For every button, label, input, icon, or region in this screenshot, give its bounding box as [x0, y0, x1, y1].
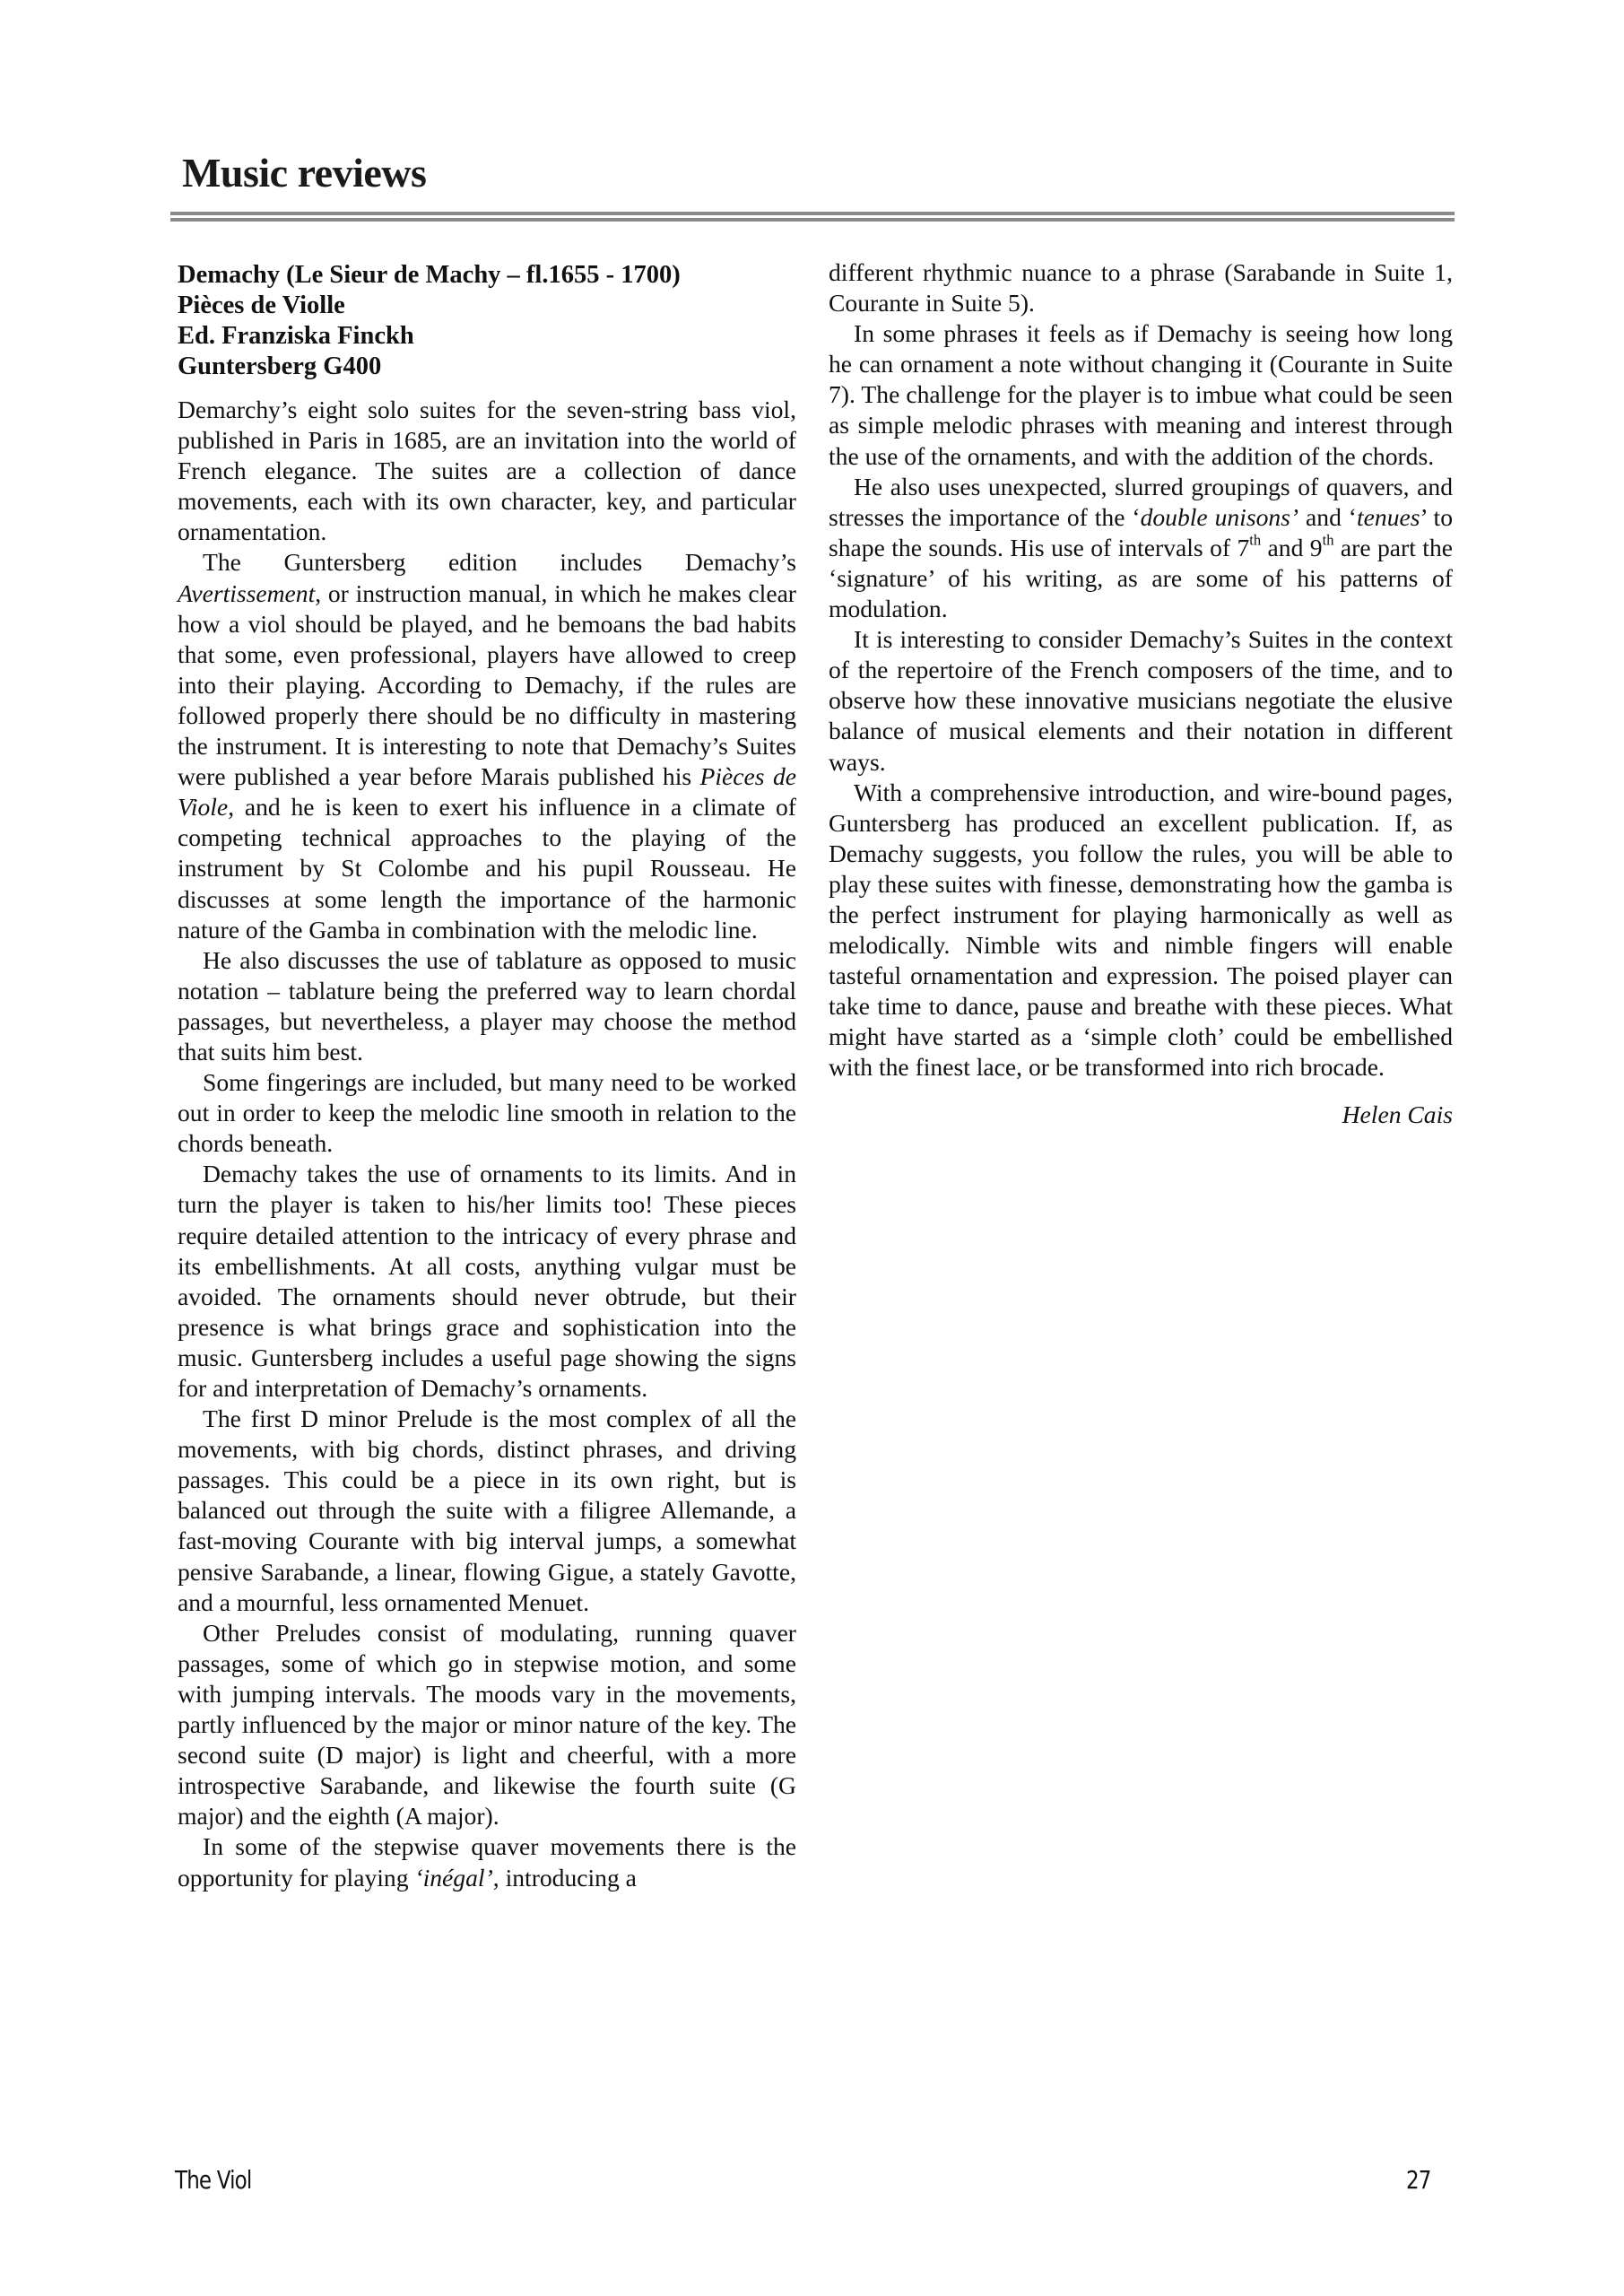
text-run: and ‘ [1298, 503, 1357, 531]
review-heading: Demachy (Le Sieur de Machy – fl.1655 - 1… [178, 260, 796, 382]
review-paragraph-2: The Guntersberg edition includes Demachy… [178, 547, 796, 944]
text-run: The Guntersberg edition includes Demachy… [203, 548, 796, 576]
review-paragraph-8-continued: different rhythmic nuance to a phrase (S… [829, 257, 1453, 318]
ordinal-suffix: th [1249, 531, 1261, 548]
review-paragraph-1: Demarchy’s eight solo suites for the sev… [178, 395, 796, 547]
review-paragraph-12: With a comprehensive introduction, and w… [829, 778, 1453, 1083]
italic-term-tenues: tenues [1357, 503, 1420, 531]
review-paragraph-8: In some of the stepwise quaver movements… [178, 1831, 796, 1892]
text-run: and 9 [1261, 534, 1322, 561]
review-paragraph-9: In some phrases it feels as if Demachy i… [829, 318, 1453, 471]
review-paragraph-4: Some fingerings are included, but many n… [178, 1067, 796, 1159]
reviewer-signature: Helen Cais [829, 1100, 1453, 1130]
footer-page-number: 27 [1406, 2165, 1431, 2195]
review-composer: Demachy (Le Sieur de Machy – fl.1655 - 1… [178, 260, 796, 291]
text-run: , introducing a [493, 1864, 637, 1892]
footer-publication-name: The Viol [175, 2165, 251, 2195]
review-publisher: Guntersberg G400 [178, 352, 796, 382]
review-paragraph-6: The first D minor Prelude is the most co… [178, 1404, 796, 1618]
header-rule-bottom [170, 218, 1455, 222]
review-paragraph-3: He also discusses the use of tablature a… [178, 945, 796, 1067]
review-paragraph-10: He also uses unexpected, slurred groupin… [829, 472, 1453, 624]
review-work-title: Pièces de Violle [178, 291, 796, 321]
italic-term-inegal: ‘inégal’ [414, 1864, 492, 1892]
review-paragraph-5: Demachy takes the use of ornaments to it… [178, 1159, 796, 1404]
review-paragraph-7: Other Preludes consist of modulating, ru… [178, 1618, 796, 1832]
left-column: Demachy (Le Sieur de Machy – fl.1655 - 1… [178, 260, 796, 1893]
italic-term-double-unisons: double unisons’ [1141, 503, 1299, 531]
text-run: , and he is keen to exert his influence … [178, 793, 796, 943]
review-paragraph-11: It is interesting to consider Demachy’s … [829, 624, 1453, 777]
ordinal-suffix: th [1323, 531, 1334, 548]
right-column: different rhythmic nuance to a phrase (S… [829, 257, 1453, 1130]
review-editor: Ed. Franziska Finckh [178, 321, 796, 352]
page-title: Music reviews [182, 152, 426, 194]
header-rule-top [170, 212, 1455, 215]
italic-title-avertissement: Avertissement [178, 579, 315, 607]
text-run: , or instruction manual, in which he mak… [178, 579, 796, 791]
